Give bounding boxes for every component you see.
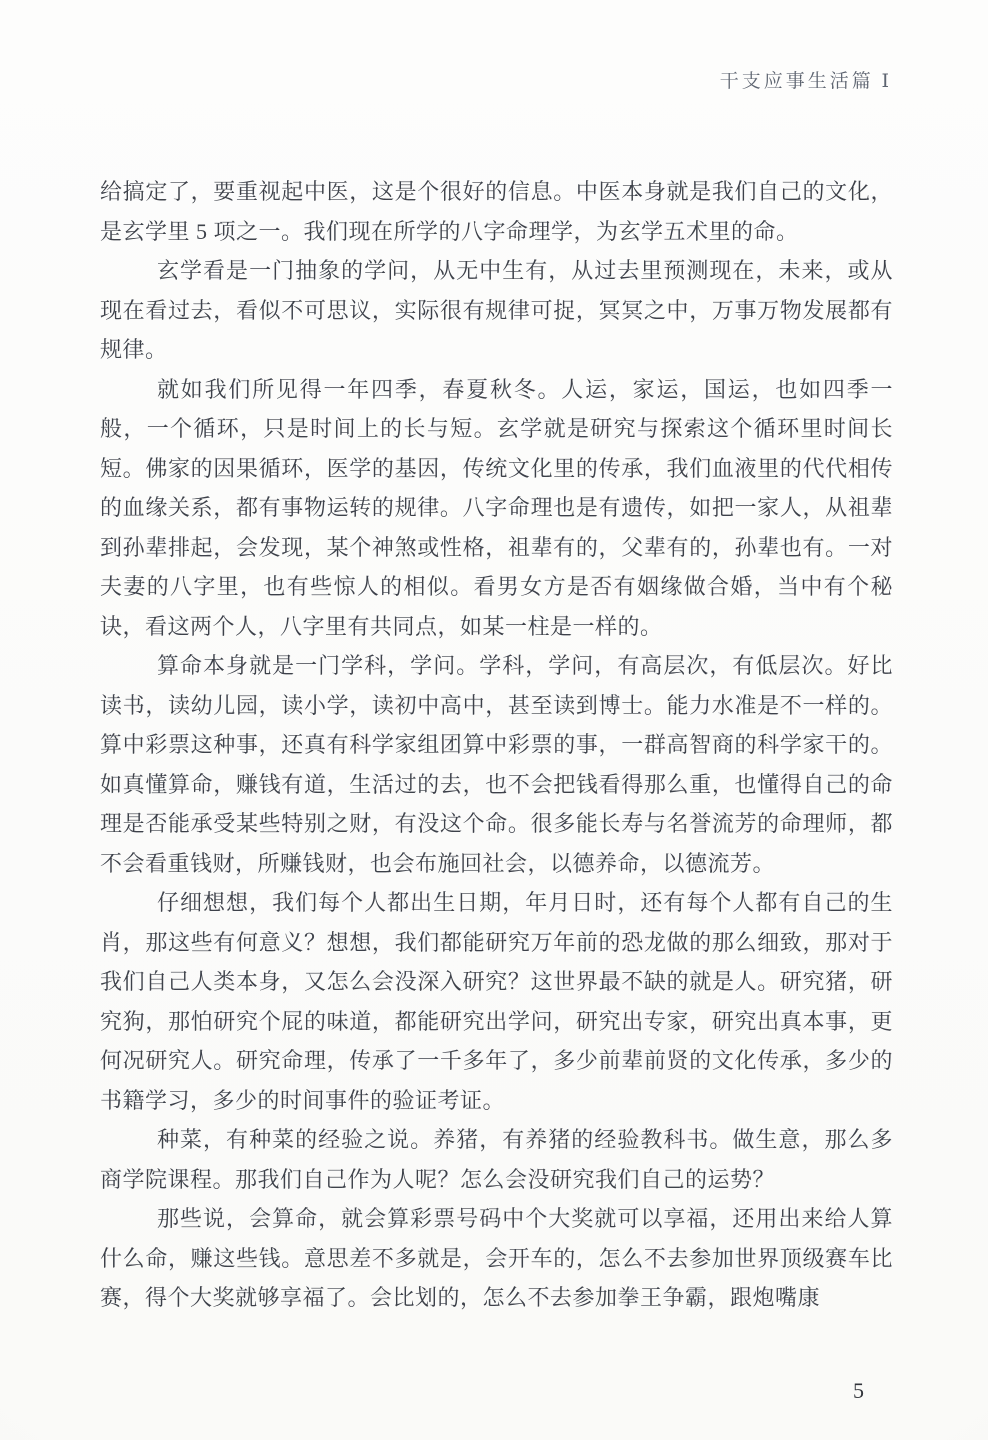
running-header: 干支应事生活篇 Ⅰ: [720, 66, 892, 93]
paragraph: 仔细想想，我们每个人都出生日期，年月日时，还有每个人都有自己的生肖，那这些有何意…: [100, 883, 893, 1120]
paragraph: 就如我们所见得一年四季，春夏秋冬。人运，家运，国运，也如四季一般，一个循环，只是…: [100, 370, 893, 647]
paragraph: 种菜，有种菜的经验之说。养猪，有养猪的经验教科书。做生意，那么多商学院课程。那我…: [100, 1120, 893, 1199]
book-page: 干支应事生活篇 Ⅰ 给搞定了，要重视起中医，这是个很好的信息。中医本身就是我们自…: [0, 0, 988, 1440]
body-text-block: 给搞定了，要重视起中医，这是个很好的信息。中医本身就是我们自己的文化，是玄学里 …: [100, 172, 893, 1318]
page-number: 5: [853, 1378, 864, 1404]
paragraph: 那些说，会算命，就会算彩票号码中个大奖就可以享福，还用出来给人算什么命，赚这些钱…: [100, 1199, 893, 1318]
paragraph: 算命本身就是一门学科，学问。学科，学问，有高层次，有低层次。好比读书，读幼儿园，…: [100, 646, 893, 883]
paragraph: 玄学看是一门抽象的学问，从无中生有，从过去里预测现在，未来，或从现在看过去，看似…: [100, 251, 893, 370]
paragraph: 给搞定了，要重视起中医，这是个很好的信息。中医本身就是我们自己的文化，是玄学里 …: [100, 172, 893, 251]
